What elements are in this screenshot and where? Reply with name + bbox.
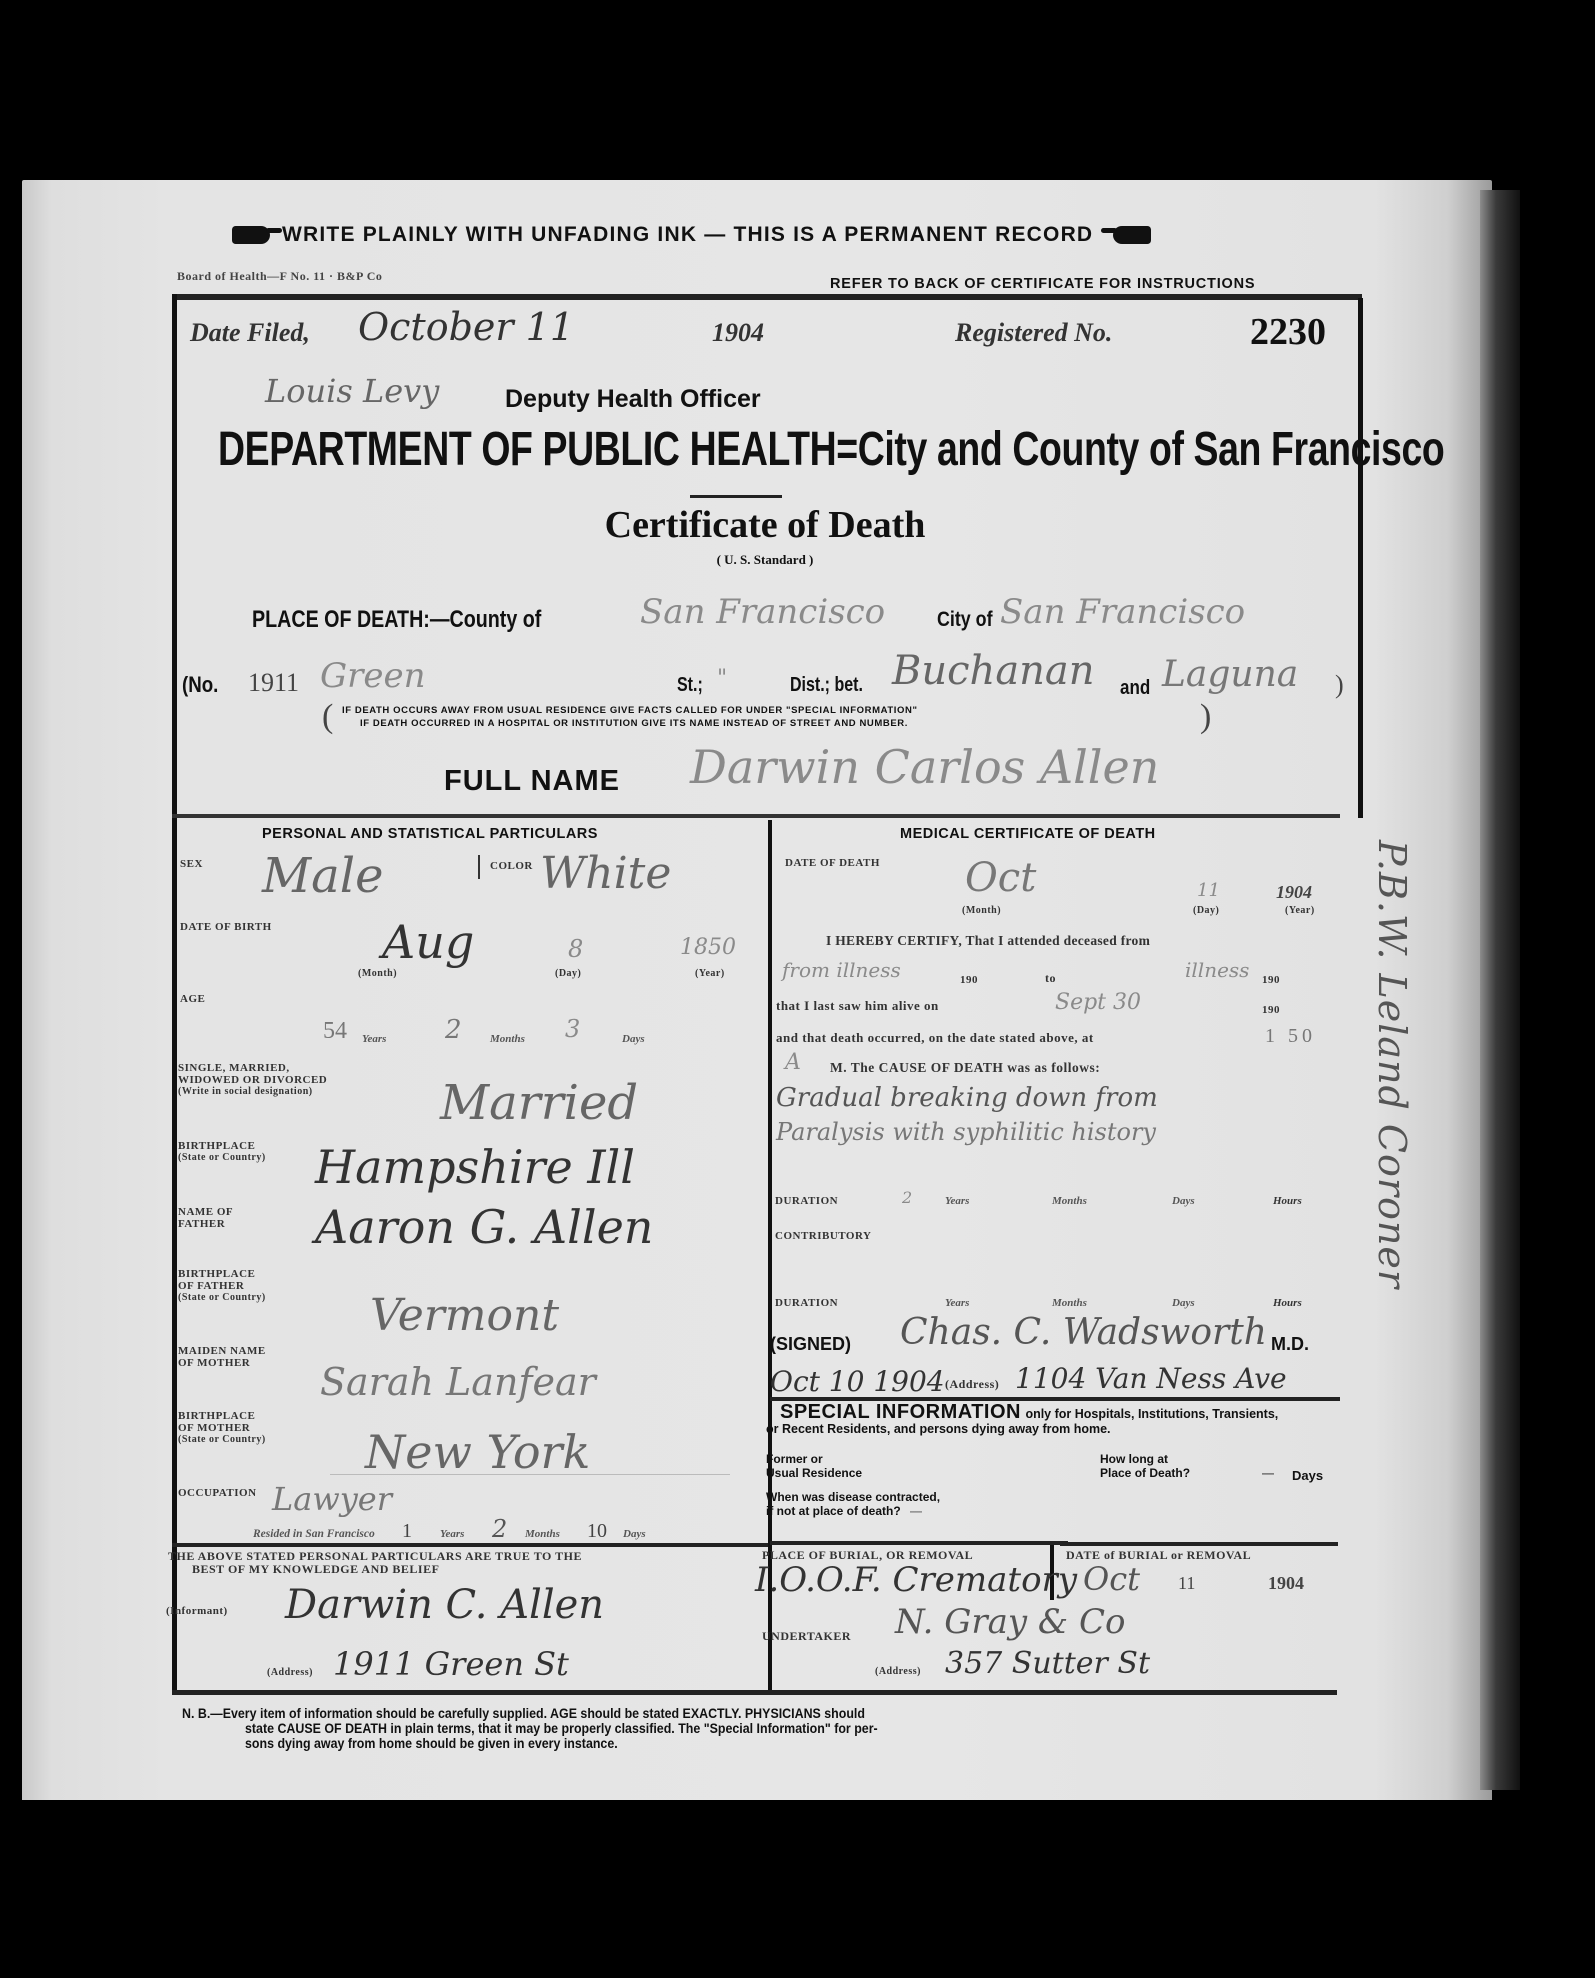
burial-date-day[interactable]: 11 xyxy=(1178,1573,1195,1594)
place-of-death-label: PLACE OF DEATH:—County of xyxy=(252,606,541,633)
note-close-paren: ) xyxy=(1200,698,1211,736)
dob-month[interactable]: Aug xyxy=(382,915,474,969)
informant-address-label: (Address) xyxy=(267,1667,313,1679)
officer-title: Deputy Health Officer xyxy=(505,385,761,414)
last-saw-190: 190 xyxy=(1262,1004,1280,1016)
form-code: Board of Health—F No. 11 · B&P Co xyxy=(177,270,382,282)
resided-days[interactable]: 10 xyxy=(587,1520,607,1543)
footer-note-1: N. B.—Every item of information should b… xyxy=(182,1706,865,1721)
death-time[interactable]: 1 50 xyxy=(1265,1025,1316,1048)
age-label: AGE xyxy=(180,993,205,1005)
informant-rule xyxy=(172,1543,768,1547)
father-birthplace-label-3: (State or Country) xyxy=(178,1292,266,1304)
informant-statement-1: THE ABOVE STATED PERSONAL PARTICULARS AR… xyxy=(168,1550,582,1562)
special-info-note: only for Hospitals, Institutions, Transi… xyxy=(1025,1407,1278,1421)
physician-address-label: (Address) xyxy=(945,1378,999,1390)
street-name[interactable]: Green xyxy=(320,656,426,696)
contracted-label-1: When was disease contracted, xyxy=(766,1490,940,1504)
burial-date-year[interactable]: 1904 xyxy=(1268,1573,1304,1594)
special-info-heading: SPECIAL INFORMATION only for Hospitals, … xyxy=(780,1401,1278,1424)
residence-note-2: IF DEATH OCCURRED IN A HOSPITAL OR INSTI… xyxy=(360,718,908,729)
father-birthplace-label-2: OF FATHER xyxy=(178,1280,244,1292)
banner: WRITE PLAINLY WITH UNFADING INK — THIS I… xyxy=(232,223,1322,247)
registered-label: Registered No. xyxy=(955,318,1112,348)
undertaker-address[interactable]: 357 Sutter St xyxy=(945,1646,1150,1681)
date-filed-label: Date Filed, xyxy=(190,318,310,348)
burial-rule-left xyxy=(770,1541,1068,1545)
sex-color-divider xyxy=(478,855,480,879)
full-name-value[interactable]: Darwin Carlos Allen xyxy=(690,740,1159,794)
physician-address[interactable]: 1104 Van Ness Ave xyxy=(1015,1362,1287,1395)
dob-year[interactable]: 1850 xyxy=(680,935,736,960)
am-pm[interactable]: A xyxy=(785,1050,801,1075)
mother-label-1: MAIDEN NAME xyxy=(178,1345,266,1357)
st-label: St.; xyxy=(677,674,703,697)
city-value[interactable]: San Francisco xyxy=(1000,592,1245,632)
bottom-rule xyxy=(172,1690,1337,1695)
contracted-label-2: if not at place of death? xyxy=(766,1504,901,1518)
pointing-hand-icon xyxy=(1113,226,1151,244)
place-of-death-label-wrap: PLACE OF DEATH:—County of xyxy=(252,606,541,634)
street-number[interactable]: 1911 xyxy=(248,668,299,698)
date-filed-value[interactable]: October 11 xyxy=(358,305,574,349)
how-long-value[interactable]: — xyxy=(1262,1466,1274,1480)
dob-label: DATE OF BIRTH xyxy=(180,921,272,933)
father-value[interactable]: Aaron G. Allen xyxy=(315,1200,653,1254)
last-saw-date[interactable]: Sept 30 xyxy=(1055,990,1141,1015)
between-street-1[interactable]: Buchanan xyxy=(892,648,1095,694)
duration2-years-caption: Years xyxy=(945,1297,969,1309)
age-years[interactable]: 54 xyxy=(323,1018,347,1045)
footer-note-2: state CAUSE OF DEATH in plain terms, tha… xyxy=(245,1721,878,1736)
medical-section-title: MEDICAL CERTIFICATE OF DEATH xyxy=(900,826,1156,842)
divider xyxy=(690,495,782,498)
coroner-margin-note: P.B.W. Leland Coroner xyxy=(1370,840,1414,1289)
duration2-label: DURATION xyxy=(775,1297,838,1309)
st-mark: " xyxy=(717,666,727,691)
father-birthplace-label-1: BIRTHPLACE xyxy=(178,1268,255,1280)
informant-statement-2: BEST OF MY KNOWLEDGE AND BELIEF xyxy=(192,1563,439,1575)
special-info-note-2: or Recent Residents, and persons dying a… xyxy=(766,1422,1111,1436)
burial-rule-right xyxy=(1060,1542,1338,1546)
department-heading: DEPARTMENT OF PUBLIC HEALTH=City and Cou… xyxy=(218,422,1444,477)
banner-text: WRITE PLAINLY WITH UNFADING INK — THIS I… xyxy=(282,223,1093,247)
underline xyxy=(330,1474,730,1475)
duration-months-caption: Months xyxy=(1052,1195,1087,1207)
occupation-label: OCCUPATION xyxy=(178,1487,257,1499)
note-open-paren: ( xyxy=(322,698,333,736)
age-years-caption: Years xyxy=(362,1033,386,1045)
signed-date[interactable]: Oct 10 1904 xyxy=(770,1365,945,1398)
dob-year-caption: (Year) xyxy=(695,968,725,980)
father-label-2: FATHER xyxy=(178,1218,225,1230)
mother-label-2: OF MOTHER xyxy=(178,1357,250,1369)
dod-month-caption: (Month) xyxy=(962,905,1001,917)
street-no-label: (No. xyxy=(182,672,218,698)
contributory-label: CONTRIBUTORY xyxy=(775,1230,871,1242)
resided-months-caption: Months xyxy=(525,1528,560,1540)
signed-label: (SIGNED) xyxy=(770,1334,851,1355)
duration-days-caption: Days xyxy=(1172,1195,1195,1207)
sex-label: SEX xyxy=(180,858,203,870)
duration-hours-caption: Hours xyxy=(1273,1195,1302,1207)
physician-signature[interactable]: Chas. C. Wadsworth xyxy=(900,1312,1267,1353)
birthplace-label-1: BIRTHPLACE xyxy=(178,1140,255,1152)
cause-line-2[interactable]: Paralysis with syphilitic history xyxy=(776,1118,1156,1146)
footer-note-3: sons dying away from home should be give… xyxy=(245,1736,618,1751)
age-months-caption: Months xyxy=(490,1033,525,1045)
paper-edge xyxy=(1480,190,1520,1790)
marital-value[interactable]: Married xyxy=(440,1075,638,1131)
city-label: City of xyxy=(937,608,993,632)
color-label: COLOR xyxy=(490,860,533,872)
marital-label-2: WIDOWED OR DIVORCED xyxy=(178,1074,327,1086)
dob-month-caption: (Month) xyxy=(358,968,397,980)
birthplace-value[interactable]: Hampshire Ill xyxy=(315,1140,635,1194)
certify-line: I HEREBY CERTIFY, That I attended deceas… xyxy=(826,935,1150,947)
pointing-hand-icon xyxy=(232,226,270,244)
duration-years-value[interactable]: 2 xyxy=(902,1188,912,1207)
dod-year[interactable]: 1904 xyxy=(1276,882,1312,903)
between-street-2[interactable]: Laguna xyxy=(1162,654,1298,695)
father-label-1: NAME OF xyxy=(178,1206,233,1218)
personal-section-title: PERSONAL AND STATISTICAL PARTICULARS xyxy=(262,826,598,842)
resided-months[interactable]: 2 xyxy=(492,1515,507,1543)
dob-day[interactable]: 8 xyxy=(568,935,583,963)
cause-line-1[interactable]: Gradual breaking down from xyxy=(776,1083,1158,1113)
marital-label-1: SINGLE, MARRIED, xyxy=(178,1062,290,1074)
residence-note-1: IF DEATH OCCURS AWAY FROM USUAL RESIDENC… xyxy=(342,705,918,716)
attended-to[interactable]: illness xyxy=(1185,958,1249,982)
age-months[interactable]: 2 xyxy=(445,1015,462,1045)
duration2-months-caption: Months xyxy=(1052,1297,1087,1309)
age-days-caption: Days xyxy=(622,1033,645,1045)
attended-190-a: 190 xyxy=(960,974,978,986)
birthplace-label-2: (State or Country) xyxy=(178,1152,266,1164)
mother-birthplace-label-3: (State or Country) xyxy=(178,1434,266,1446)
mother-value[interactable]: Sarah Lanfear xyxy=(320,1360,596,1404)
top-rule xyxy=(172,294,1362,300)
marital-label-3: (Write in social designation) xyxy=(178,1086,313,1098)
certificate-title: Certificate of Death xyxy=(0,503,1530,547)
registered-number[interactable]: 2230 xyxy=(1250,310,1326,354)
former-residence-label-2: Usual Residence xyxy=(766,1466,862,1480)
how-long-label-2: Place of Death? xyxy=(1100,1466,1190,1480)
resided-label: Resided in San Francisco xyxy=(253,1528,375,1540)
section-rule xyxy=(172,814,1340,818)
department-name: DEPARTMENT OF PUBLIC HEALTH xyxy=(218,423,836,476)
county-value[interactable]: San Francisco xyxy=(640,592,885,632)
duration-label: DURATION xyxy=(775,1195,838,1207)
informant-name[interactable]: Darwin C. Allen xyxy=(285,1582,604,1628)
date-filed-year: 1904 xyxy=(712,318,764,348)
cause-label: M. The CAUSE OF DEATH was as follows: xyxy=(830,1062,1100,1074)
attended-from[interactable]: from illness xyxy=(782,958,901,982)
dod-month[interactable]: Oct xyxy=(965,855,1036,901)
dod-day[interactable]: 11 xyxy=(1197,880,1220,901)
dod-year-caption: (Year) xyxy=(1285,905,1315,917)
duration2-days-caption: Days xyxy=(1172,1297,1195,1309)
special-info-title: SPECIAL INFORMATION xyxy=(780,1401,1021,1423)
how-long-days-label: Days xyxy=(1292,1468,1323,1483)
last-saw-label: that I last saw him alive on xyxy=(776,1000,939,1012)
instructions-ref: REFER TO BACK OF CERTIFICATE FOR INSTRUC… xyxy=(830,276,1255,292)
how-long-label-1: How long at xyxy=(1100,1452,1168,1466)
mother-birthplace-label-2: OF MOTHER xyxy=(178,1422,250,1434)
color-value[interactable]: White xyxy=(540,848,671,899)
close-paren: ) xyxy=(1335,670,1344,700)
sex-value[interactable]: Male xyxy=(262,848,384,904)
and-label: and xyxy=(1120,677,1150,700)
mother-birthplace-label-1: BIRTHPLACE xyxy=(178,1410,255,1422)
attended-190-b: 190 xyxy=(1262,974,1280,986)
dod-day-caption: (Day) xyxy=(1193,905,1219,917)
md-label: M.D. xyxy=(1271,1334,1309,1355)
age-days[interactable]: 3 xyxy=(565,1015,580,1043)
dod-label: DATE OF DEATH xyxy=(785,857,880,869)
dob-day-caption: (Day) xyxy=(555,968,581,980)
officer-signature: Louis Levy xyxy=(265,372,439,410)
mother-birthplace-value[interactable]: New York xyxy=(365,1425,590,1479)
burial-place-value[interactable]: I.O.O.F. Crematory xyxy=(755,1560,1077,1600)
dist-label: Dist.; bet. xyxy=(790,674,863,697)
resided-years-caption: Years xyxy=(440,1528,464,1540)
duration-years-caption: Years xyxy=(945,1195,969,1207)
resided-days-caption: Days xyxy=(623,1528,646,1540)
certificate-subtitle: ( U. S. Standard ) xyxy=(0,552,1530,568)
resided-years[interactable]: 1 xyxy=(402,1520,412,1543)
occurred-label: and that death occurred, on the date sta… xyxy=(776,1032,1094,1044)
undertaker-label: UNDERTAKER xyxy=(762,1630,851,1642)
full-name-label: FULL NAME xyxy=(444,765,620,798)
burial-date-month[interactable]: Oct xyxy=(1083,1560,1140,1598)
undertaker-address-label: (Address) xyxy=(875,1666,921,1678)
department-jurisdiction: =City and County of San Francisco xyxy=(836,423,1444,476)
undertaker-value[interactable]: N. Gray & Co xyxy=(895,1602,1125,1642)
occupation-value[interactable]: Lawyer xyxy=(272,1480,392,1518)
father-birthplace-value[interactable]: Vermont xyxy=(370,1290,559,1341)
informant-label: (Informant) xyxy=(166,1605,228,1617)
duration2-hours-caption: Hours xyxy=(1273,1297,1302,1309)
informant-address[interactable]: 1911 Green St xyxy=(333,1645,569,1683)
former-residence-label-1: Former or xyxy=(766,1452,823,1466)
contracted-value[interactable]: — xyxy=(910,1504,922,1518)
attended-to-label: to xyxy=(1045,972,1056,984)
